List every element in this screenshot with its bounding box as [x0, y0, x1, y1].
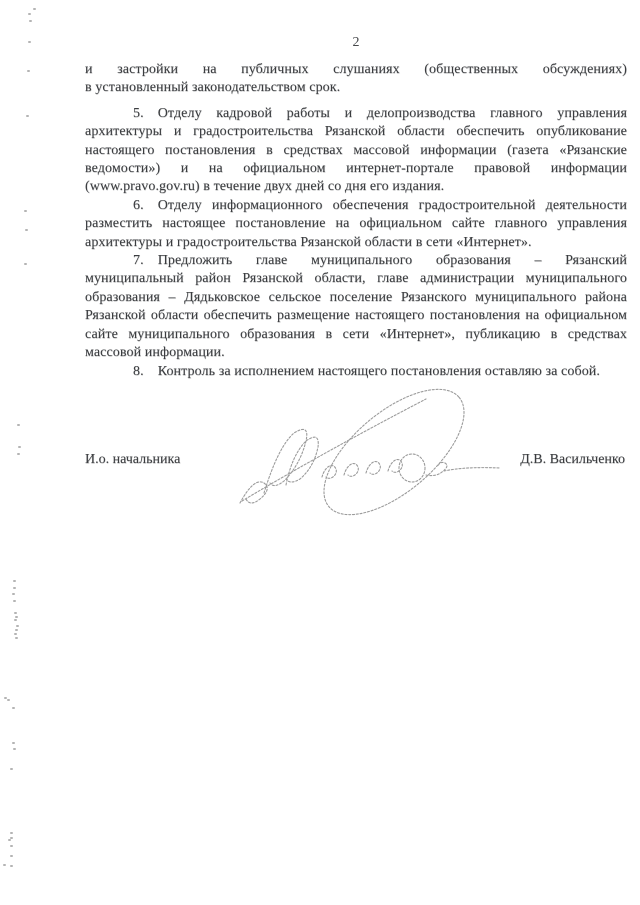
- paragraph-7: 7.Предложить главе муниципального образо…: [85, 252, 627, 362]
- paragraph-8-number: 8.: [133, 364, 144, 379]
- paragraph-6-text: Отделу информационного обеспечения градо…: [85, 198, 627, 250]
- scanned-document-page: 2 и застройки на публичных слушаниях (об…: [0, 0, 640, 905]
- paragraph-6-number: 6.: [133, 198, 144, 213]
- continuation-line-1: и застройки на публичных слушаниях (обще…: [85, 61, 627, 79]
- paragraph-6: 6.Отделу информационного обеспечения гра…: [85, 197, 627, 252]
- continuation-line-2: в установленный законодательством срок.: [85, 79, 627, 97]
- paragraph-5: 5.Отделу кадровой работы и делопроизводс…: [85, 105, 627, 197]
- handwritten-signature-icon: [230, 385, 510, 525]
- paragraph-continuation: и застройки на публичных слушаниях (обще…: [85, 61, 627, 98]
- document-body: и застройки на публичных слушаниях (обще…: [85, 61, 627, 381]
- paragraph-8: 8.Контроль за исполнением настоящего пос…: [85, 363, 627, 381]
- paragraph-7-text: Предложить главе муниципального образова…: [85, 253, 627, 360]
- paragraph-8-text: Контроль за исполнением настоящего поста…: [158, 364, 600, 379]
- paragraph-7-number: 7.: [133, 253, 144, 268]
- page-number: 2: [85, 35, 627, 51]
- paragraph-5-number: 5.: [133, 106, 144, 121]
- paragraph-5-text: Отделу кадровой работы и делопроизводств…: [85, 106, 627, 195]
